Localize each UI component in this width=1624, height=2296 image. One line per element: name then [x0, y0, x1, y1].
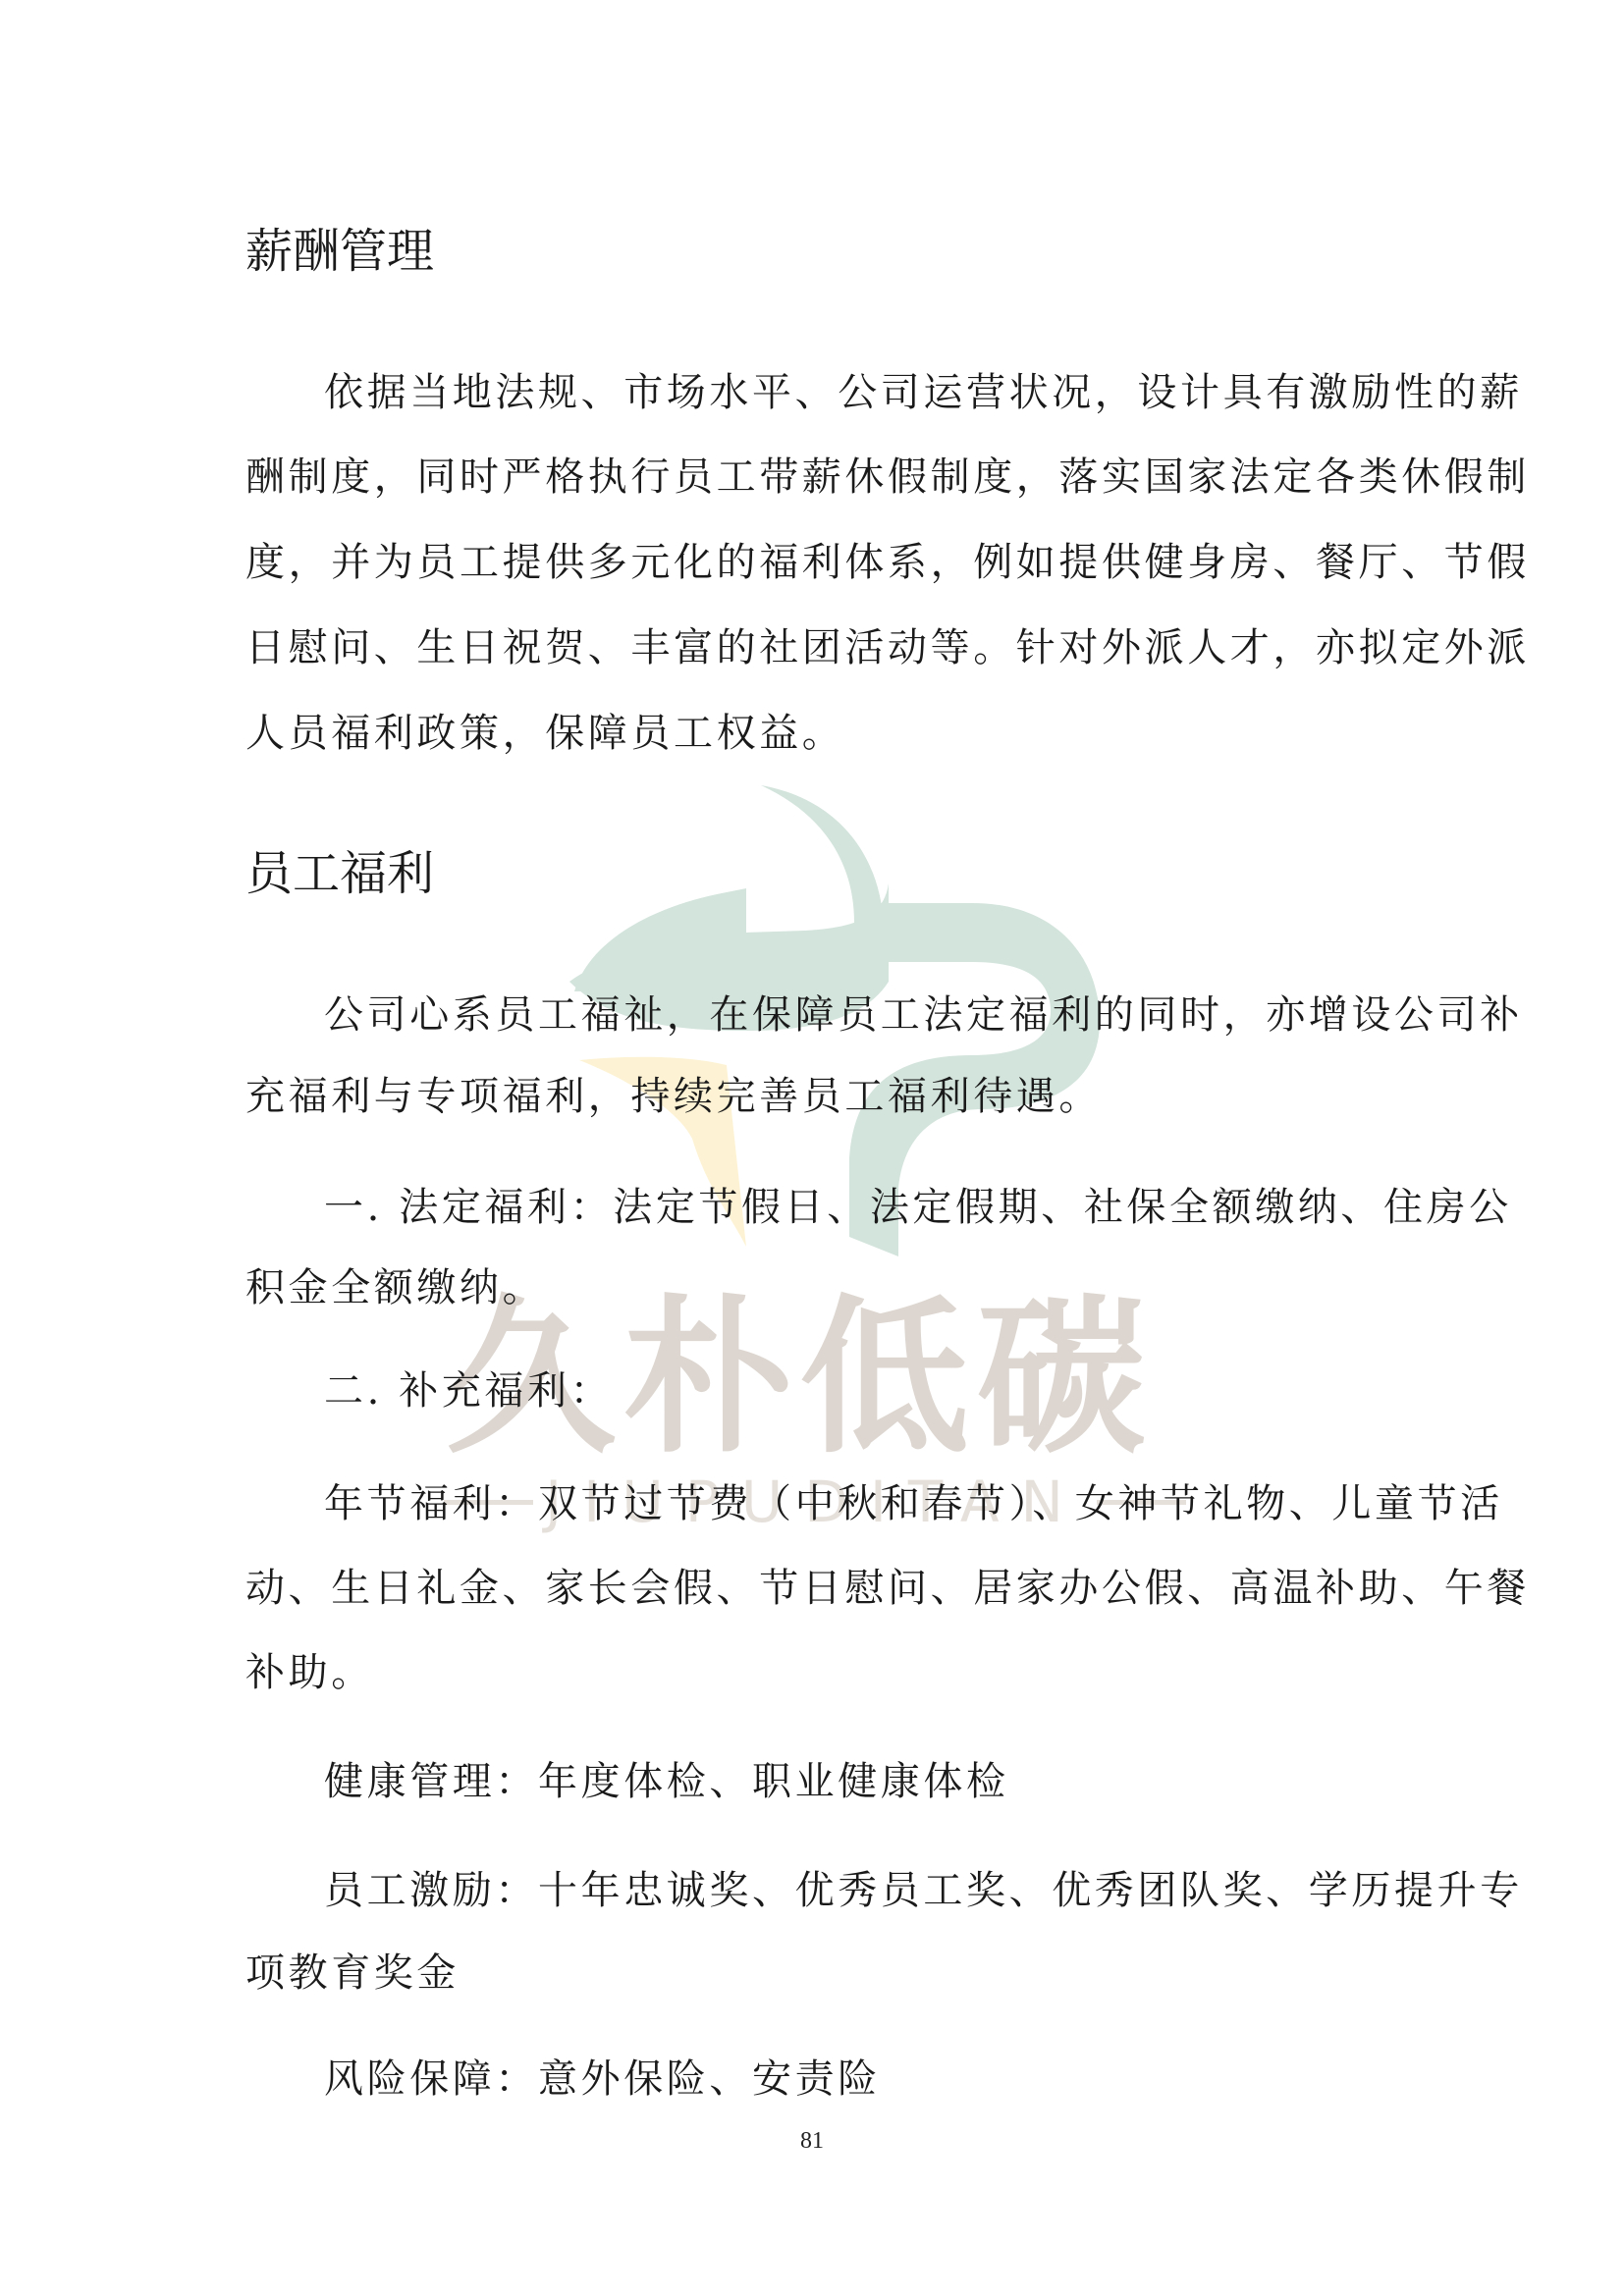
document-page: 久朴低碳 JIUPUDITAN 薪酬管理 依据当地法规、市场水平、公司运营状况，…: [0, 0, 1624, 2296]
paragraph-line: 积金全额缴纳。: [245, 1268, 1386, 1308]
paragraph-line: 年节福利：双节过节费（中秋和春节）、女神节礼物、儿童节活: [324, 1484, 1386, 1523]
paragraph-line: 充福利与专项福利，持续完善员工福利待遇。: [245, 1077, 1386, 1116]
paragraph-line: 补助。: [245, 1653, 1386, 1692]
section-heading-salary: 薪酬管理: [245, 228, 434, 275]
paragraph-line: 动、生日礼金、家长会假、节日慰问、居家办公假、高温补助、午餐: [245, 1569, 1386, 1608]
paragraph-line: 二. 补充福利：: [324, 1371, 1386, 1411]
paragraph-line: 健康管理：年度体检、职业健康体检: [324, 1762, 1386, 1801]
paragraph-line: 日慰问、生日祝贺、丰富的社团活动等。针对外派人才，亦拟定外派: [245, 628, 1386, 667]
paragraph-line: 一. 法定福利：法定节假日、法定假期、社保全额缴纳、住房公: [324, 1188, 1386, 1227]
page-number: 81: [0, 2128, 1624, 2155]
watermark: 久朴低碳 JIUPUDITAN: [0, 0, 1624, 2296]
paragraph-line: 依据当地法规、市场水平、公司运营状况，设计具有激励性的薪: [324, 373, 1386, 412]
paragraph-line: 公司心系员工福祉，在保障员工法定福利的同时，亦增设公司补: [324, 995, 1386, 1035]
paragraph-line: 项教育奖金: [245, 1953, 1386, 1993]
paragraph-line: 人员福利政策，保障员工权益。: [245, 714, 1386, 753]
paragraph-line: 风险保障：意外保险、安责险: [324, 2059, 1386, 2099]
paragraph-line: 酬制度，同时严格执行员工带薪休假制度，落实国家法定各类休假制: [245, 457, 1386, 497]
paragraph-line: 度，并为员工提供多元化的福利体系，例如提供健身房、餐厅、节假: [245, 543, 1386, 582]
paragraph-line: 员工激励：十年忠诚奖、优秀员工奖、优秀团队奖、学历提升专: [324, 1871, 1386, 1910]
section-heading-benefits: 员工福利: [245, 850, 434, 897]
company-logo-icon: [0, 0, 1624, 2296]
